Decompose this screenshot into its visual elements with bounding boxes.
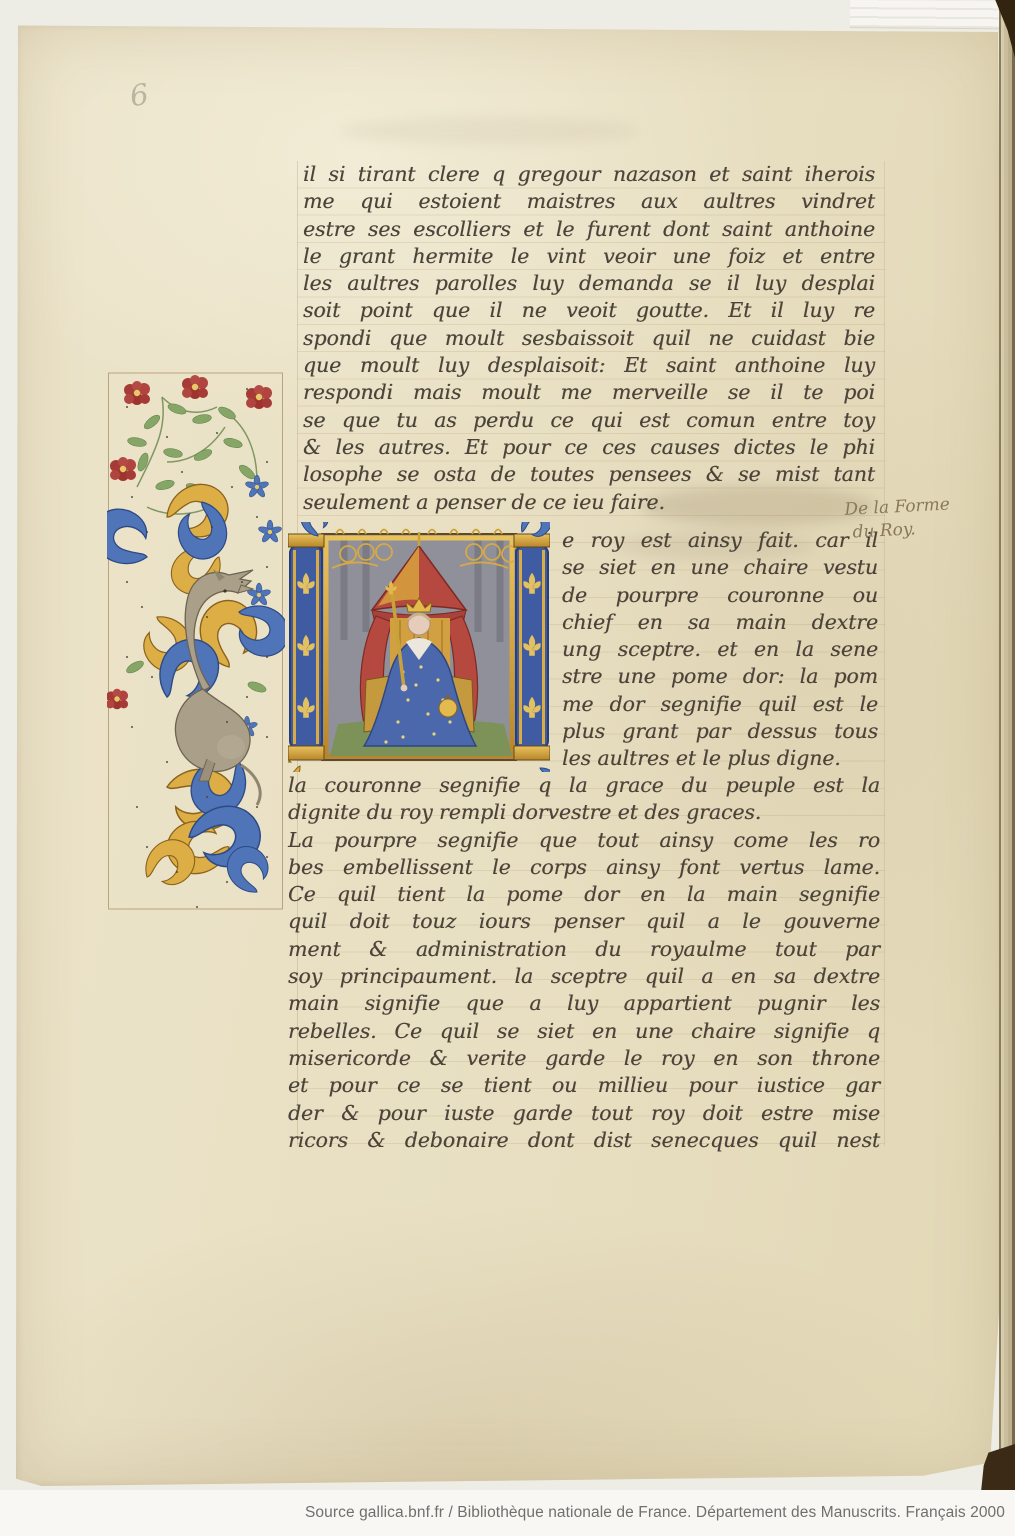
margin-note: De la Forme du Roy. [844, 491, 996, 545]
manuscript-text-line: me qui estoient maistres aux aultres vin… [303, 188, 875, 215]
manuscript-text-line: estre ses escolliers et le furent dont s… [303, 216, 875, 243]
manuscript-text-line: plus grant par dessus tous [562, 718, 878, 745]
manuscript-text-line: les aultres et le plus digne. [562, 745, 878, 772]
scanned-folio: 6 [0, 0, 1015, 1536]
manuscript-text-line: me dor segnifie quil est le [562, 691, 878, 718]
initial-right-pillar [514, 534, 550, 760]
manuscript-text-line: il si tirant clere q gregour nazason et … [303, 161, 875, 188]
source-caption: Source gallica.bnf.fr / Bibliothèque nat… [305, 1504, 1005, 1522]
golden-orb [439, 699, 457, 717]
manuscript-text-line: losophe se osta de toutes pensees & se m… [303, 461, 875, 488]
manuscript-text-line: et pour ce se tient ou millieu pour iust… [288, 1072, 880, 1099]
manuscript-text-line: chief en sa main dextre [562, 609, 878, 636]
manuscript-text-line: soit point que il ne veoit goutte. Et il… [303, 297, 875, 324]
manuscript-text-line: dignite du roy rempli dorvestre et des g… [288, 799, 880, 826]
manuscript-text-line: ricors & debonaire dont dist senecques q… [288, 1127, 880, 1154]
page-fore-edges [999, 0, 1015, 1536]
initial-left-pillar [288, 534, 324, 760]
text-block-upper: il si tirant clere q gregour nazason et … [303, 161, 875, 516]
manuscript-text-line: spondi que moult sesbaissoit quil ne cui… [303, 325, 875, 352]
floral-border [107, 367, 285, 914]
manuscript-text-line: de pourpre couronne ou [562, 582, 878, 609]
text-block-beside-initial: e roy est ainsy fait. car ilse siet en u… [562, 527, 878, 773]
manuscript-text-line: & les autres. Et pour ce ces causes dict… [303, 434, 875, 461]
text-block-lower: la couronne segnifie q la grace du peupl… [288, 772, 880, 1154]
manuscript-text-line: respondi mais moult me merveille se il t… [303, 379, 875, 406]
manuscript-text-line: se que tu as perdu ce qui est comun entr… [303, 407, 875, 434]
manuscript-text-line: ment & administration du royaulme tout p… [288, 936, 880, 963]
manuscript-text-line: le grant hermite le vint veoir une foiz … [303, 243, 875, 270]
manuscript-text-line: main signifie que a luy appartient pugni… [288, 990, 880, 1017]
manuscript-text-line: quil doit touz iours penser quil a le go… [288, 908, 880, 935]
manuscript-text-line: rebelles. Ce quil se siet en une chaire … [288, 1018, 880, 1045]
manuscript-text-line: que moult luy desplaisoit: Et saint anth… [303, 352, 875, 379]
hand [401, 685, 408, 692]
manuscript-text-line: les aultres parolles luy demanda se il l… [303, 270, 875, 297]
manuscript-text-line: La pourpre segnifie que tout ainsy come … [288, 827, 880, 854]
facing-page-edge [850, 0, 1005, 29]
manuscript-text-line: stre une pome dor: la pom [562, 663, 878, 690]
ink-showthrough [340, 118, 640, 144]
manuscript-text-line: soy principaument. la sceptre quil a en … [288, 963, 880, 990]
manuscript-text-line: e roy est ainsy fait. car il [562, 527, 878, 554]
manuscript-text-line: la couronne segnifie q la grace du peupl… [288, 772, 880, 799]
manuscript-text-line: misericorde & verite garde le roy en son… [288, 1045, 880, 1072]
manuscript-text-line: der & pour iuste garde tout roy doit est… [288, 1100, 880, 1127]
historiated-initial [288, 522, 550, 772]
gallica-source-bar: Source gallica.bnf.fr / Bibliothèque nat… [0, 1490, 1015, 1536]
manuscript-text-line: seulement a penser de ce ieu faire. [303, 489, 875, 516]
manuscript-text-line: bes embellissent le corps ainsy font ver… [288, 854, 880, 881]
manuscript-text-line: Ce quil tient la pome dor en la main seg… [288, 881, 880, 908]
manuscript-text-line: se siet en une chaire vestu [562, 554, 878, 581]
manuscript-text-line: ung sceptre. et en la sene [562, 636, 878, 663]
